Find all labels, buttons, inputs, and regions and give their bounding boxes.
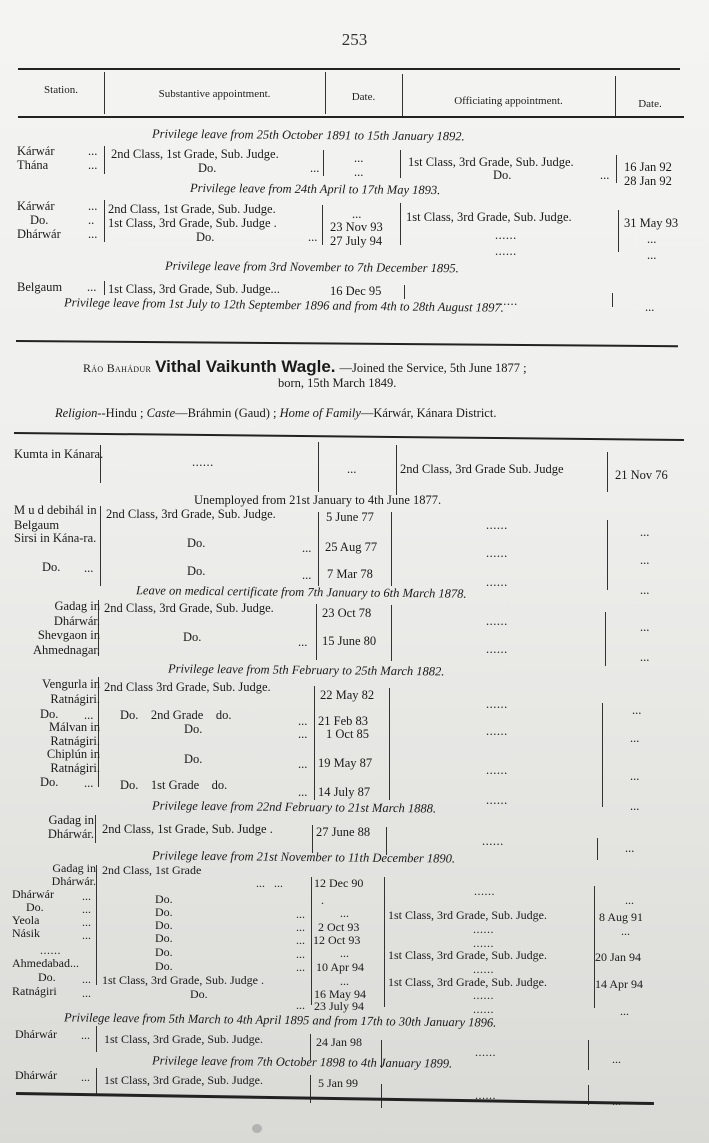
station: Dhárwár: [17, 227, 61, 242]
column-divider: [391, 605, 392, 661]
station: Belgaum: [17, 280, 62, 295]
header-bottom-rule: [18, 116, 684, 118]
column-divider: [607, 520, 608, 590]
column-divider: [605, 612, 606, 666]
officer-details: Religion--Hindu ; Caste—Bráhmin (Gaud) ;…: [55, 406, 496, 421]
officiating-appointment: 1st Class, 3rd Grade, Sub. Judge.: [408, 155, 574, 170]
station: Sirsi in Kána-ra.: [14, 531, 100, 546]
page-number: 253: [0, 30, 709, 50]
substantive-appointment: 2nd Class, 1st Grade, Sub. Judge.: [111, 147, 279, 162]
column-divider: [400, 150, 401, 178]
column-header-station: Station.: [18, 84, 104, 96]
officiating-date: 8 Aug 91: [599, 910, 643, 925]
date: ...: [354, 165, 363, 180]
officiating-appointment: 1st Class, 3rd Grade, Sub. Judge.: [388, 948, 547, 963]
officiating-appointment: ......: [486, 642, 508, 657]
station: M u d debihál in Belgaum: [14, 503, 100, 533]
column-divider: [96, 1068, 97, 1094]
leave-note: Privilege leave from 5th March to 4th Ap…: [64, 1010, 497, 1030]
column-divider: [607, 452, 608, 492]
substantive-appointment: 1st Class, 3rd Grade, Sub. Judge.: [104, 1073, 263, 1088]
column-divider: [96, 1026, 97, 1052]
officer-birth-date: born, 15th March 1849.: [278, 376, 396, 391]
substantive-appointment: Do.: [198, 161, 216, 176]
officiating-appointment: ......: [486, 697, 508, 712]
officiating-appointment: ......: [486, 724, 508, 739]
station: Gadag in Dhárwár.: [14, 599, 100, 629]
station-leader: ...: [81, 1070, 90, 1085]
station: Do.: [30, 213, 48, 228]
substantive-appointment: Do.: [196, 230, 214, 245]
officiating-date: ...: [625, 841, 634, 856]
officiating-appointment: ......: [486, 546, 508, 561]
section-divider-rule: [16, 340, 678, 347]
date: ...: [347, 462, 356, 477]
officiating-date: 28 Jan 92: [624, 174, 672, 189]
officiating-appointment: Do.: [493, 168, 511, 183]
scanned-page: 253 Station. Substantive appointment. Da…: [0, 0, 709, 1143]
leader-dots: ... ...: [256, 876, 283, 891]
date: 16 Dec 95: [330, 284, 381, 299]
date: 23 Oct 78: [322, 606, 371, 621]
substantive-appointment: 1st Class, 3rd Grade, Sub. Judge...: [108, 282, 280, 297]
column-header-date: Date.: [325, 91, 402, 103]
religion-label: Religion: [55, 406, 97, 420]
column-divider: [95, 815, 96, 843]
officiating-date: 14 Apr 94: [595, 977, 643, 992]
column-divider: [612, 293, 613, 307]
caste-value: —Bráhmin (Gaud) ;: [175, 406, 276, 420]
officiating-date: 21 Nov 76: [615, 468, 668, 483]
officiating-date: ...: [645, 300, 654, 315]
leader-dots: ...: [298, 727, 307, 742]
officiating-date: ...: [621, 924, 630, 939]
caste-label: Caste: [147, 406, 175, 420]
officiating-date: ...: [620, 1004, 629, 1019]
officer-heading: Ráo Bahádur Vithal Vaikunth Wagle. —Join…: [83, 357, 527, 377]
station: Málvan in Ratnágiri.: [8, 720, 100, 748]
leave-note: Privilege leave from 22nd February to 21…: [152, 799, 436, 817]
station: Gadag in Dhárwár.: [12, 862, 96, 888]
date: .: [321, 893, 324, 908]
leave-note: Privilege leave from 24th April to 17th …: [190, 181, 440, 198]
date: 27 July 94: [330, 234, 382, 249]
officiating-date: 16 Jan 92: [624, 160, 672, 175]
station-leader: ...: [87, 280, 96, 295]
column-divider: [100, 506, 101, 586]
column-divider: [312, 825, 313, 853]
station: Do.: [42, 560, 60, 575]
officiating-appointment: ......: [495, 228, 517, 243]
officiating-appointment: 1st Class, 3rd Grade, Sub. Judge.: [388, 975, 547, 990]
substantive-appointment: Do. 2nd Grade do.: [120, 708, 231, 723]
column-divider: [381, 1084, 382, 1108]
officiating-date: 31 May 93: [624, 216, 678, 231]
officiating-appointment: ......: [474, 884, 495, 899]
substantive-appointment: Do.: [187, 536, 205, 551]
officiating-date: ...: [640, 525, 649, 540]
table-bottom-rule: [16, 1092, 654, 1105]
substantive-appointment: Do.: [184, 722, 202, 737]
date: 25 Aug 77: [325, 540, 377, 555]
officiating-date: ...: [647, 248, 656, 263]
officiating-date: ...: [612, 1052, 621, 1067]
substantive-appointment: Do.: [155, 959, 173, 974]
date: ...: [340, 906, 349, 921]
station-leader: ...: [81, 1028, 90, 1043]
officiating-appointment: ......: [486, 518, 508, 533]
column-divider: [314, 686, 315, 800]
column-divider: [104, 281, 105, 295]
substantive-appointment: Do.: [190, 987, 208, 1002]
date: 14 July 87: [318, 785, 370, 800]
column-divider: [597, 838, 598, 860]
column-divider: [318, 512, 319, 586]
officiating-date: 20 Jan 94: [595, 950, 641, 965]
status-note: Unemployed from 21st January to 4th June…: [194, 493, 441, 508]
leave-note: Privilege leave from 5th February to 25t…: [168, 662, 445, 680]
substantive-appointment: 2nd Class, 3rd Grade, Sub. Judge.: [106, 507, 276, 522]
substantive-appointment: Do.: [155, 945, 173, 960]
officiating-appointment: 1st Class, 3rd Grade, Sub. Judge.: [388, 908, 547, 923]
leader-dots: ...: [302, 541, 311, 556]
leader-dots: ...: [296, 960, 305, 975]
date: ...: [354, 151, 363, 166]
column-divider: [318, 442, 319, 492]
station: Kárwár: [17, 199, 54, 214]
substantive-appointment: 1st Class, 3rd Grade, Sub. Judge .: [102, 973, 264, 988]
date: 15 June 80: [322, 634, 376, 649]
date: 10 Apr 94: [316, 960, 364, 975]
column-divider: [391, 512, 392, 586]
column-divider: [96, 865, 97, 985]
column-divider: [316, 604, 317, 660]
date: 12 Dec 90: [314, 876, 363, 891]
station-leader: ...: [84, 561, 93, 576]
officiating-date: ...: [647, 232, 656, 247]
column-divider: [618, 210, 619, 252]
leave-note: Privilege leave from 3rd November to 7th…: [165, 259, 459, 277]
station: Kumta in Kánara.: [14, 447, 103, 462]
substantive-appointment: 1st Class, 3rd Grade, Sub. Judge.: [104, 1032, 263, 1047]
officiating-appointment: 1st Class, 3rd Grade, Sub. Judge.: [406, 210, 572, 225]
leave-note: Privilege leave from 25th October 1891 t…: [152, 127, 465, 145]
leader-dots: ...: [298, 635, 307, 650]
header-top-rule: [18, 68, 680, 70]
header-divider: [615, 76, 616, 116]
station-leader: ...: [88, 227, 97, 242]
officiating-appointment: ......: [486, 763, 508, 778]
column-divider: [602, 703, 603, 807]
column-divider: [323, 150, 324, 176]
substantive-appointment: Do.: [184, 752, 202, 767]
date: 23 July 94: [314, 999, 364, 1014]
station-leader: ..: [88, 213, 94, 228]
station-leader: ...: [88, 158, 97, 173]
leader-dots: ...: [296, 998, 305, 1013]
station: Kárwár: [17, 144, 54, 159]
station: Do.: [38, 970, 56, 985]
column-divider: [389, 688, 390, 800]
officiating-appointment: ......: [495, 244, 517, 259]
officer-service-date: —Joined the Service, 5th June 1877 ;: [340, 361, 527, 375]
leader-dots: ...: [308, 230, 317, 245]
religion-value: --Hindu ;: [97, 406, 143, 420]
officiating-date: ...: [625, 893, 634, 908]
station: Ahmedabad...: [12, 956, 79, 971]
substantive-appointment: 2nd Class, 1st Grade: [102, 863, 201, 878]
station-leader: ...: [82, 972, 91, 987]
officiating-appointment: 2nd Class, 3rd Grade Sub. Judge: [400, 462, 605, 477]
date: 27 June 88: [316, 825, 370, 840]
leave-note: Leave on medical certificate from 7th Ja…: [136, 583, 467, 601]
station: Násik: [12, 926, 40, 941]
date: 23 Nov 93: [330, 220, 383, 235]
date: 7 Mar 78: [327, 567, 373, 582]
station: Vengurla in Ratnágiri.: [8, 677, 100, 707]
column-divider: [404, 285, 405, 299]
officiating-appointment: ......: [473, 922, 494, 937]
officiating-appointment: ......: [486, 793, 508, 808]
column-divider: [322, 205, 323, 245]
date: 1 Oct 85: [326, 727, 369, 742]
substantive-appointment: 1st Class, 3rd Grade, Sub. Judge .: [108, 216, 277, 231]
substantive-appointment: Do.: [155, 931, 173, 946]
leader-dots: ...: [302, 568, 311, 583]
officiating-date: ...: [630, 731, 639, 746]
officer-title: Ráo Bahádur: [83, 361, 151, 375]
station: Dhárwár: [15, 1068, 57, 1083]
column-divider: [396, 445, 397, 495]
officiating-date: ...: [630, 769, 639, 784]
column-divider: [384, 877, 385, 1007]
substantive-appointment: Do.: [187, 564, 205, 579]
officer-name: Vithal Vaikunth Wagle.: [155, 357, 335, 376]
station: Chiplún in Ratnágiri.: [8, 747, 100, 775]
officiating-date: ...: [632, 703, 641, 718]
officiating-date: ...: [640, 553, 649, 568]
substantive-appointment: Do.: [183, 630, 201, 645]
substantive-appointment: 2nd Class, 1st Grade, Sub. Judge .: [102, 822, 273, 837]
officiating-date: ...: [640, 583, 649, 598]
officiating-date: ...: [630, 799, 639, 814]
table-top-rule: [14, 432, 684, 441]
officiating-appointment: ......: [482, 834, 504, 849]
station: Shevgaon in Ahmednagar.: [8, 628, 100, 658]
column-header-off-date: Date.: [615, 98, 685, 110]
column-divider: [400, 203, 401, 245]
station-leader: ...: [82, 986, 91, 1001]
date: 12 Oct 93: [313, 933, 360, 948]
date: 5 June 77: [326, 510, 374, 525]
home-value: —Kárwár, Kánara District.: [361, 406, 497, 420]
column-divider: [311, 877, 312, 1005]
officiating-date: ...: [640, 650, 649, 665]
column-divider: [616, 155, 617, 183]
officiating-date: ...: [640, 620, 649, 635]
column-header-officiating: Officiating appointment.: [402, 95, 615, 107]
substantive-appointment: 2nd Class, 1st Grade, Sub. Judge.: [108, 202, 276, 217]
officiating-appointment: ......: [475, 1045, 496, 1060]
column-header-substantive: Substantive appointment.: [104, 88, 325, 100]
date: 24 Jan 98: [316, 1035, 362, 1050]
station-leader: ...: [82, 928, 91, 943]
substantive-appointment: ......: [192, 455, 214, 470]
leader-dots: ...: [600, 168, 609, 183]
officiating-appointment: ......: [486, 614, 508, 629]
station: Do.: [40, 775, 58, 790]
leader-dots: ...: [296, 933, 305, 948]
substantive-appointment: 2nd Class, 3rd Grade, Sub. Judge.: [104, 601, 274, 616]
station: Thána: [17, 158, 48, 173]
leader-dots: ...: [298, 785, 307, 800]
column-divider: [104, 200, 105, 242]
station-leader: ...: [88, 144, 97, 159]
ink-blot: [252, 1124, 262, 1133]
station: Ratnágiri: [12, 984, 57, 999]
substantive-appointment: Do. 1st Grade do.: [120, 778, 227, 793]
station-leader: ...: [84, 776, 93, 791]
date: 19 May 87: [318, 756, 372, 771]
substantive-appointment: 2nd Class 3rd Grade, Sub. Judge.: [104, 680, 271, 695]
date: 5 Jan 99: [318, 1076, 358, 1091]
column-divider: [104, 146, 105, 174]
column-divider: [588, 1040, 589, 1070]
date: ...: [340, 946, 349, 961]
date: 22 May 82: [320, 688, 374, 703]
station: Gadag in Dhárwár.: [8, 813, 94, 841]
leave-note: Privilege leave from 1st July to 12th Se…: [64, 295, 504, 315]
officiating-appointment: ......: [473, 988, 494, 1003]
leader-dots: ...: [298, 757, 307, 772]
station: Dhárwár: [15, 1027, 57, 1042]
leave-note: Privilege leave from 7th October 1898 to…: [152, 1053, 452, 1071]
officiating-appointment: ......: [486, 575, 508, 590]
home-label: Home of Family: [280, 406, 361, 420]
station-leader: ...: [88, 199, 97, 214]
leader-dots: ...: [310, 161, 319, 176]
